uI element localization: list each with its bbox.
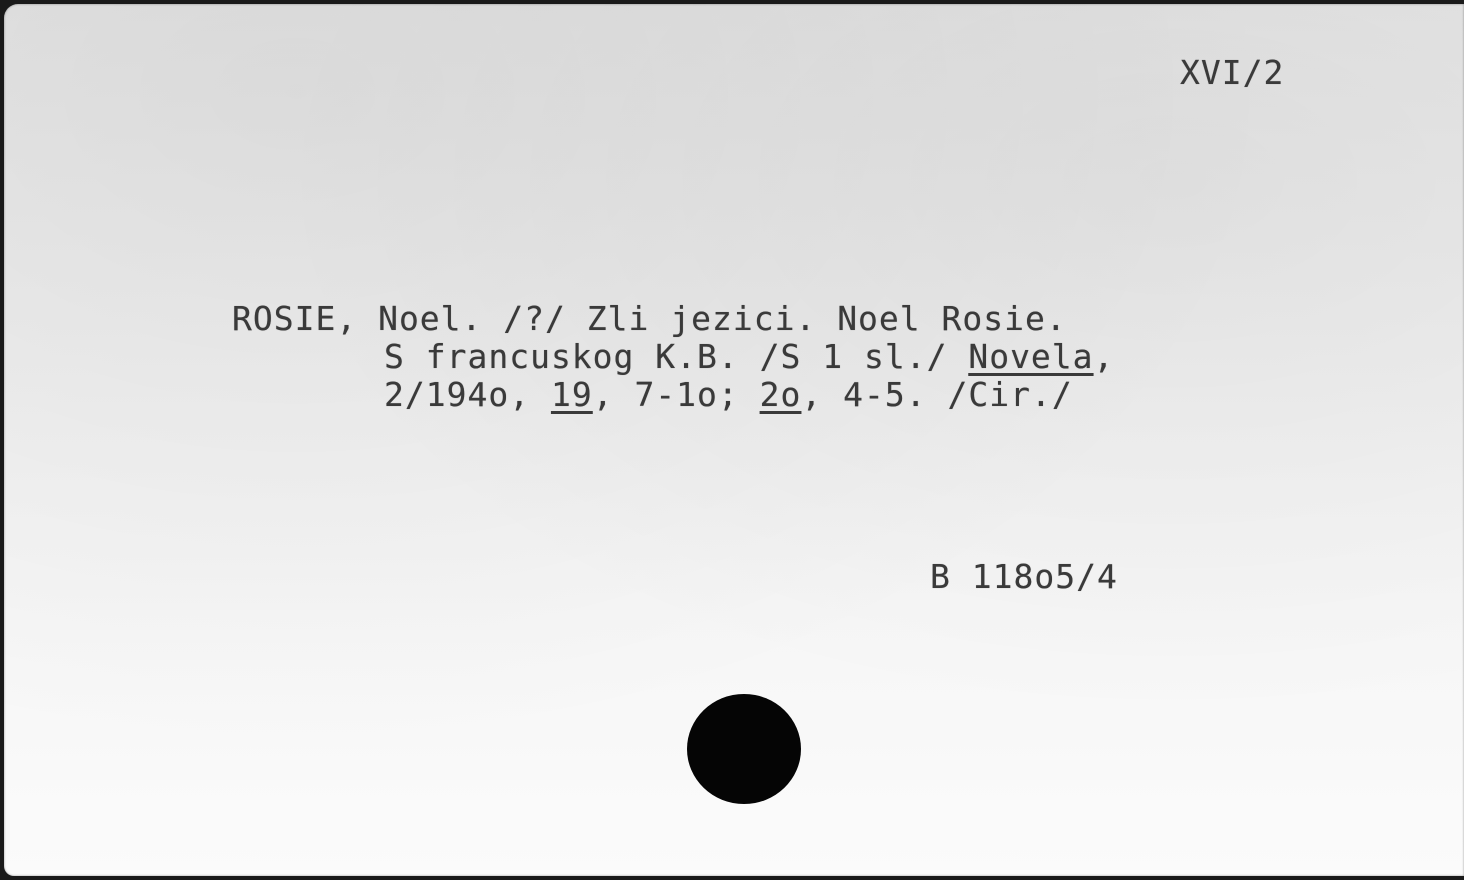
title-statement: Zli jezici. Noel Rosie. (587, 299, 1067, 338)
author-name: ROSIE, Noel. (232, 299, 482, 338)
classification-mark: XVI/2 (1180, 56, 1284, 89)
volume-1: 19 (551, 375, 593, 414)
entry-line-3: 2/194o, 19, 7-1o; 2o, 4-5. /Cir./ (384, 378, 1073, 411)
pages-1: , 7-1o; (593, 375, 739, 414)
shelf-mark: B 118o5/4 (930, 560, 1118, 593)
translation-note: S francuskog K.B. (384, 337, 739, 376)
entry-line-2: S francuskog K.B. /S 1 sl./ Novela, (384, 340, 1114, 373)
script-note: /Cir./ (948, 375, 1073, 414)
catalog-card: XVI/2 ROSIE, Noel. /?/ Zli jezici. Noel … (4, 4, 1464, 876)
series-title: Novela (968, 337, 1093, 376)
series-comma: , (1094, 337, 1115, 376)
uncertain-note: /?/ (503, 299, 566, 338)
issue-number: 2/194o, (384, 375, 530, 414)
illustration-note: /S 1 sl./ (760, 337, 948, 376)
volume-2: 2o (760, 375, 802, 414)
entry-line-1: ROSIE, Noel. /?/ Zli jezici. Noel Rosie. (232, 302, 1067, 335)
punch-hole-icon (687, 694, 801, 804)
pages-2: , 4-5. (801, 375, 926, 414)
